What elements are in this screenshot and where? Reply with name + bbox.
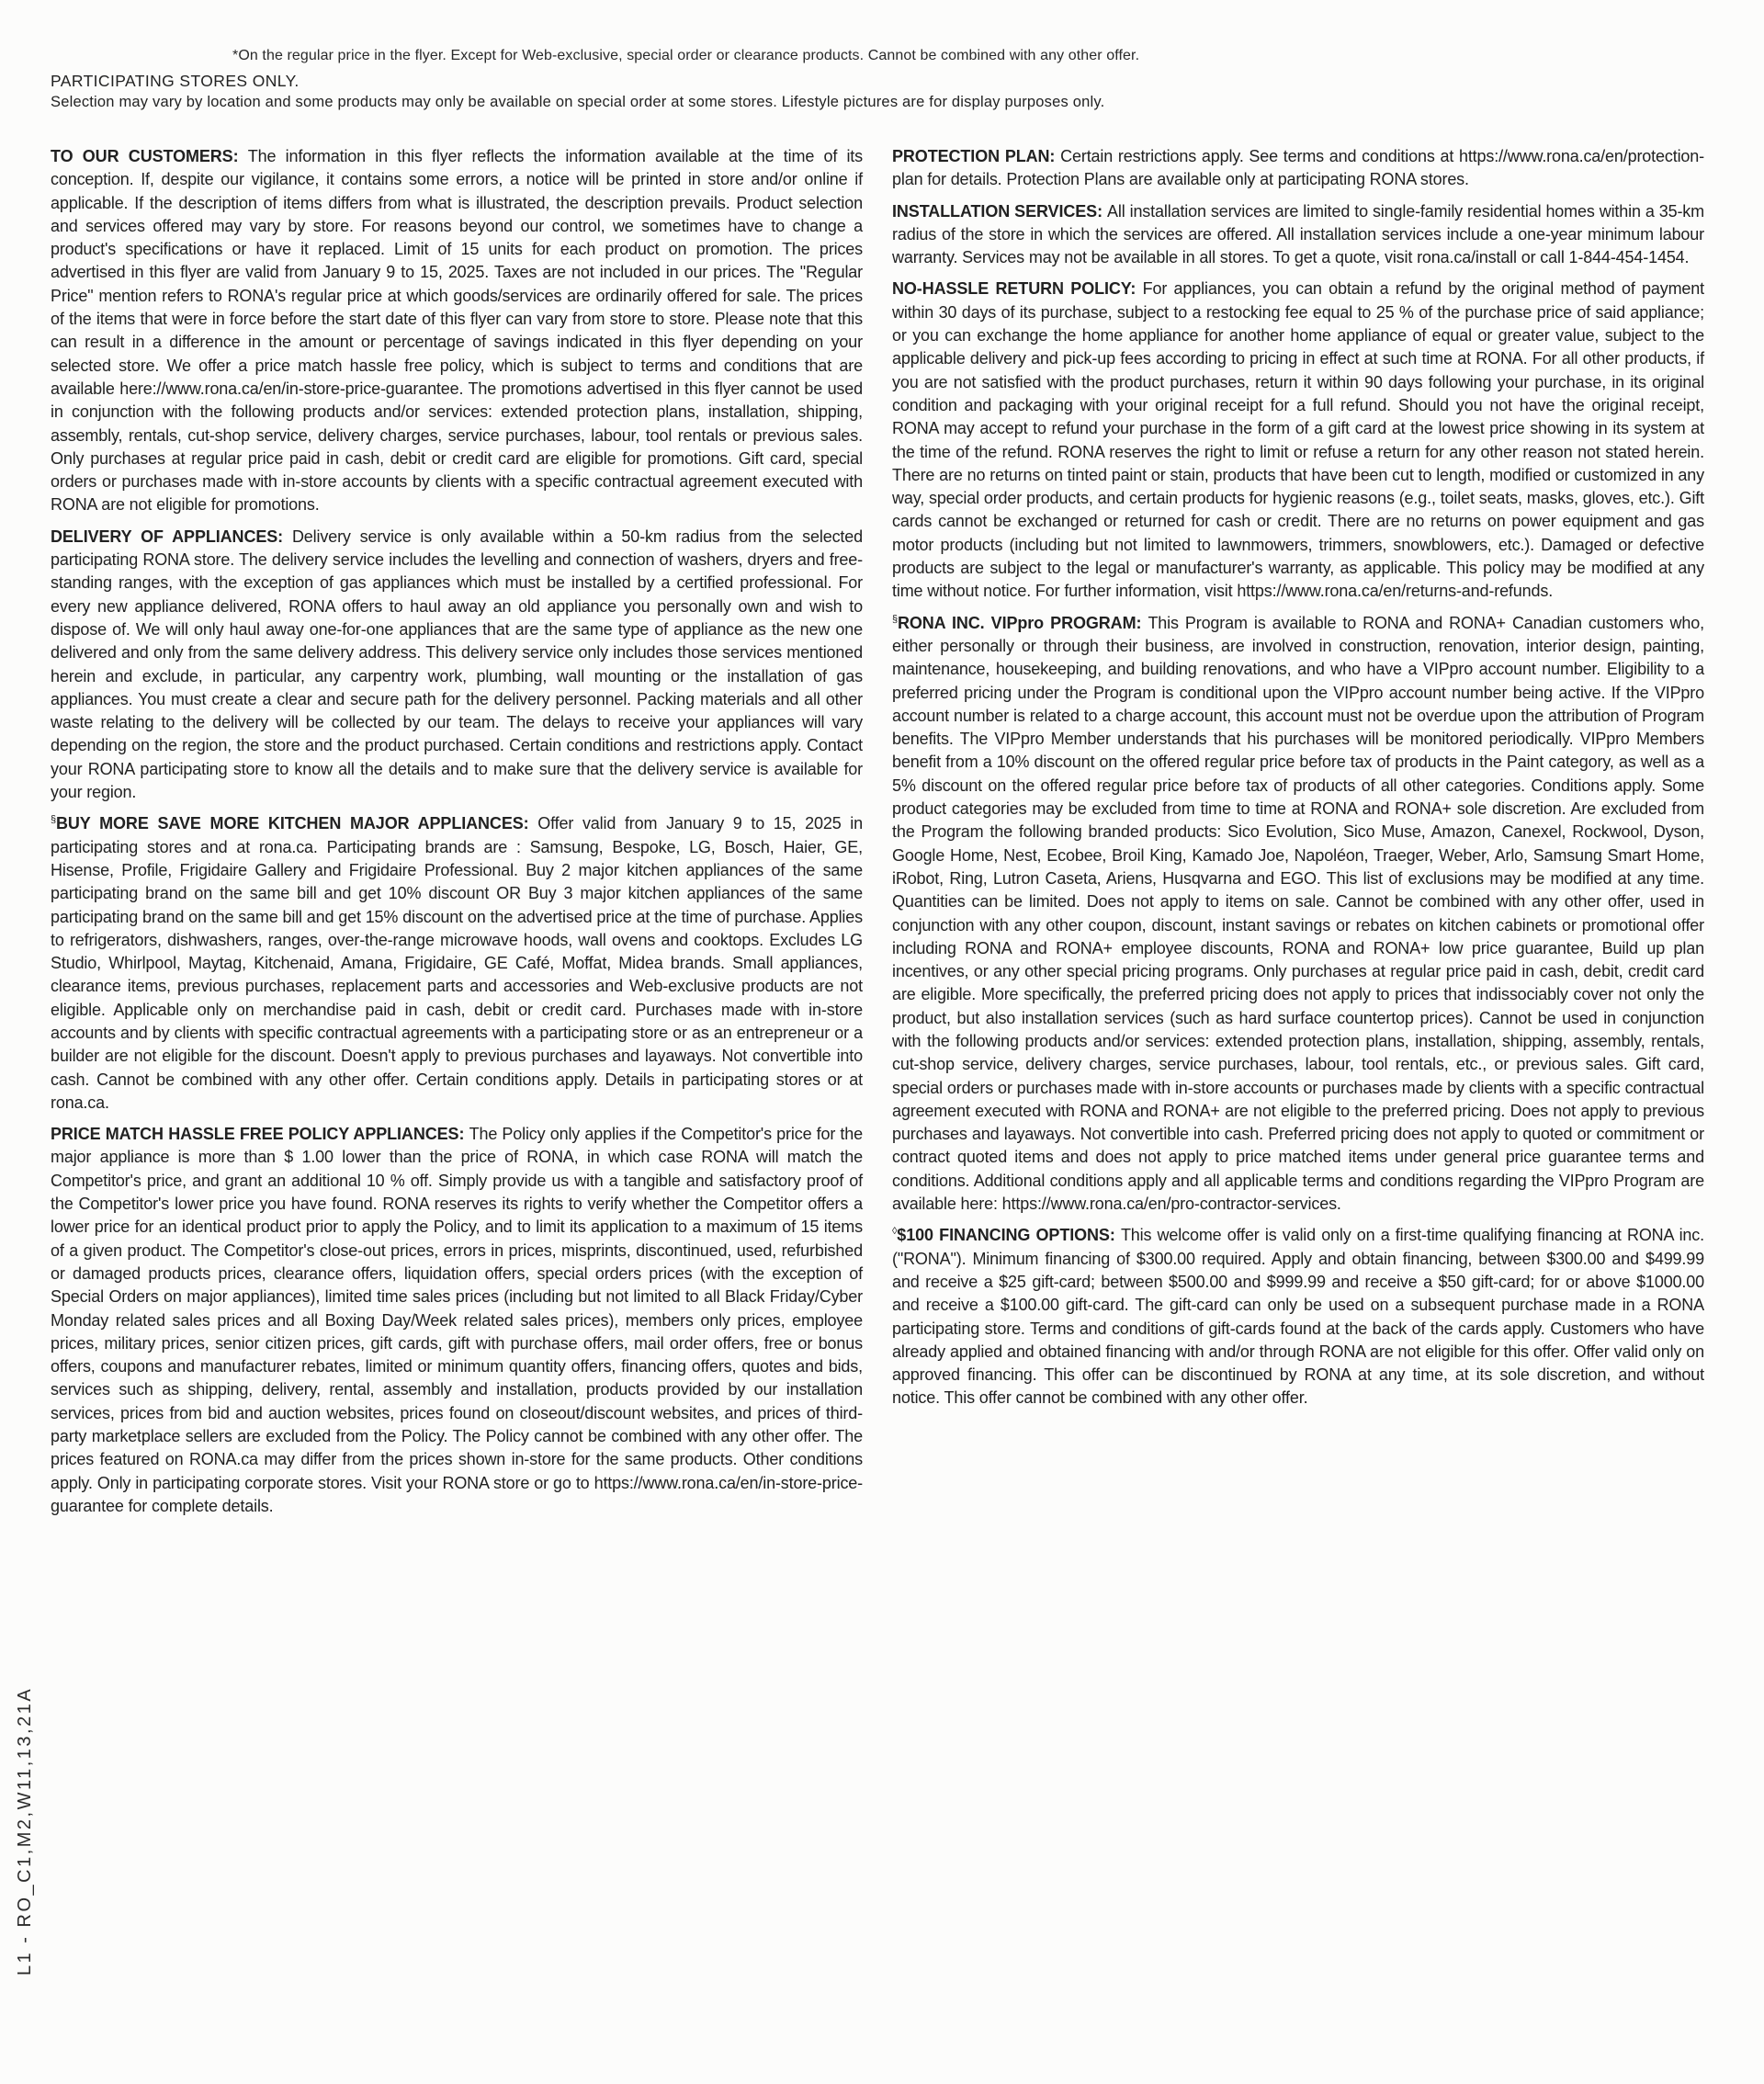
left-column: TO OUR CUSTOMERS: The information in thi… bbox=[51, 145, 863, 1526]
participating-stores-note: PARTICIPATING STORES ONLY. bbox=[51, 72, 300, 91]
para-financing-options: ◊$100 FINANCING OPTIONS: This welcome of… bbox=[892, 1224, 1704, 1410]
heading-to-our-customers: TO OUR CUSTOMERS: bbox=[51, 147, 248, 165]
heading-price-match-policy: PRICE MATCH HASSLE FREE POLICY APPLIANCE… bbox=[51, 1125, 469, 1143]
body-buy-more-save-more: Offer valid from January 9 to 15, 2025 i… bbox=[51, 814, 863, 1112]
flyer-legal-page: *On the regular price in the flyer. Exce… bbox=[0, 0, 1764, 2084]
para-no-hassle-return-policy: NO-HASSLE RETURN POLICY: For appliances,… bbox=[892, 277, 1704, 603]
body-financing-options: This welcome offer is valid only on a fi… bbox=[892, 1226, 1704, 1407]
para-installation-services: INSTALLATION SERVICES: All installation … bbox=[892, 200, 1704, 270]
para-to-our-customers: TO OUR CUSTOMERS: The information in thi… bbox=[51, 145, 863, 517]
heading-installation-services: INSTALLATION SERVICES: bbox=[892, 202, 1107, 221]
para-delivery-of-appliances: DELIVERY OF APPLIANCES: Delivery service… bbox=[51, 526, 863, 805]
para-price-match-policy: PRICE MATCH HASSLE FREE POLICY APPLIANCE… bbox=[51, 1123, 863, 1518]
heading-protection-plan: PROTECTION PLAN: bbox=[892, 147, 1060, 165]
para-vippro-program: §RONA INC. VIPpro PROGRAM: This Program … bbox=[892, 612, 1704, 1217]
heading-no-hassle-return-policy: NO-HASSLE RETURN POLICY: bbox=[892, 279, 1143, 298]
selection-availability-note: Selection may vary by location and some … bbox=[51, 94, 1104, 111]
legal-text-columns: TO OUR CUSTOMERS: The information in thi… bbox=[51, 145, 1704, 1526]
body-to-our-customers: The information in this flyer reflects t… bbox=[51, 147, 863, 514]
heading-buy-more-save-more: BUY MORE SAVE MORE KITCHEN MAJOR APPLIAN… bbox=[56, 814, 537, 832]
body-delivery-of-appliances: Delivery service is only available withi… bbox=[51, 527, 863, 801]
print-plate-code: L1 - RO_C1,M2,W11,13,21A bbox=[15, 1687, 36, 1976]
body-vippro-program: This Program is available to RONA and RO… bbox=[892, 614, 1704, 1213]
heading-vippro-program: RONA INC. VIPpro PROGRAM: bbox=[898, 614, 1148, 632]
body-price-match-policy: The Policy only applies if the Competito… bbox=[51, 1125, 863, 1515]
para-buy-more-save-more: §BUY MORE SAVE MORE KITCHEN MAJOR APPLIA… bbox=[51, 812, 863, 1115]
body-no-hassle-return-policy: For appliances, you can obtain a refund … bbox=[892, 279, 1704, 600]
right-column: PROTECTION PLAN: Certain restrictions ap… bbox=[892, 145, 1704, 1526]
heading-delivery-of-appliances: DELIVERY OF APPLIANCES: bbox=[51, 527, 292, 546]
para-protection-plan: PROTECTION PLAN: Certain restrictions ap… bbox=[892, 145, 1704, 192]
heading-financing-options: $100 FINANCING OPTIONS: bbox=[897, 1226, 1121, 1244]
regular-price-footnote: *On the regular price in the flyer. Exce… bbox=[232, 48, 1139, 64]
